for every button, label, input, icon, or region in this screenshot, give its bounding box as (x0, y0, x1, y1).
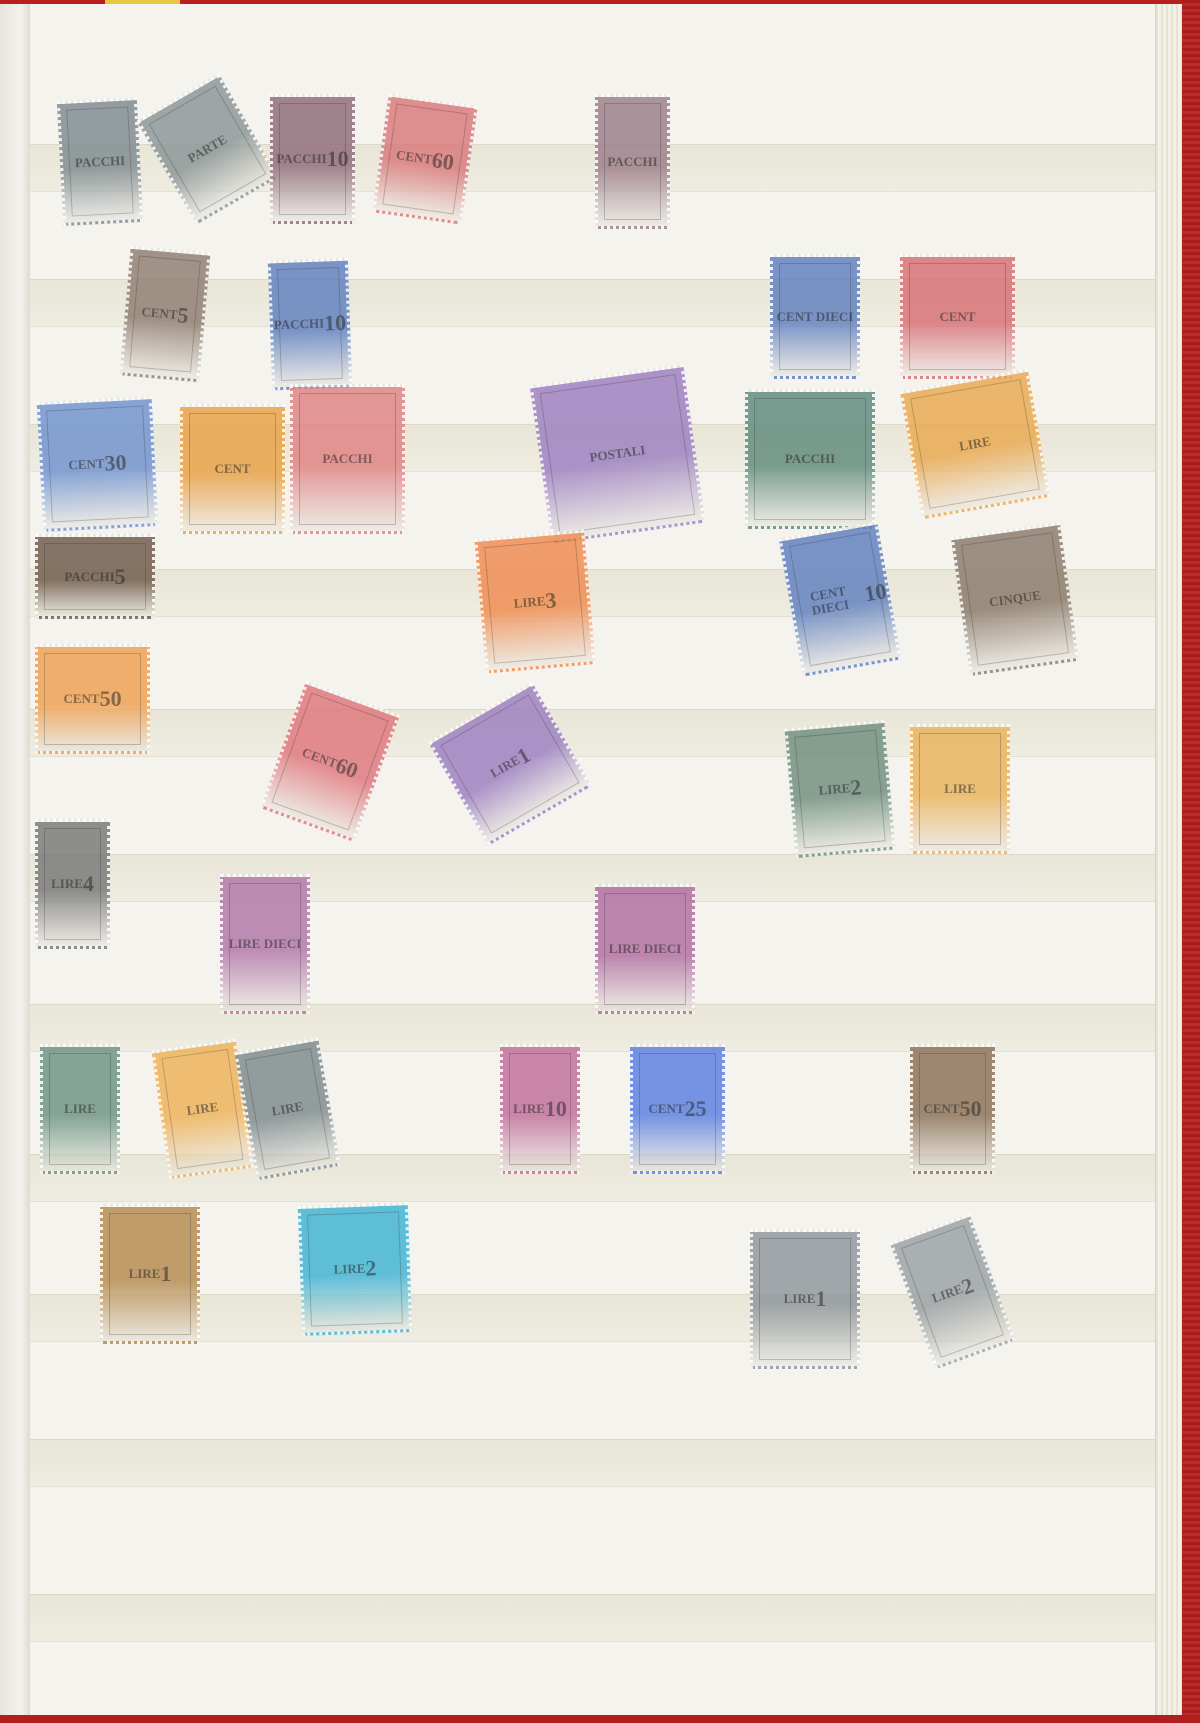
stock-strip (30, 1439, 1156, 1487)
stamp-inscription: PACCHI (607, 155, 657, 169)
page-spine (0, 4, 30, 1716)
stamp-inscription: LIRE (129, 1267, 161, 1281)
stock-sheet: PACCHIPARTEPACCHI10CENT60PACCHICENT5PACC… (30, 4, 1156, 1716)
stamp: CENT DIECI10 (779, 521, 902, 676)
stamp: LIRE1 (750, 1229, 860, 1369)
stamp-inscription: PACCHI (75, 153, 126, 169)
stamp-inscription: LIRE (930, 1282, 965, 1306)
stamp: PACCHI10 (268, 258, 352, 391)
stamp-inscription: LIRE (944, 782, 976, 796)
stamp-inscription: LIRE (784, 1292, 816, 1306)
stamp-inscription: CENT DIECI (777, 310, 854, 324)
stamp: LIRE3 (474, 529, 595, 673)
stamp-inscription: POSTALI (589, 443, 646, 464)
stock-strip (30, 854, 1156, 902)
stamp-inscription: PACCHI (785, 452, 835, 466)
stamp-value: 50 (100, 687, 122, 710)
stamp-inscription: LIRE DIECI (609, 942, 682, 956)
stamp: LIRE2 (785, 720, 896, 858)
stamp: LIRE (910, 724, 1010, 854)
stamp-inscription: LIRE (488, 753, 522, 781)
stamp-inscription: PACCHI (274, 317, 325, 332)
stamp-inscription: CENT (939, 310, 975, 324)
stamp-inscription: CENT (648, 1102, 684, 1116)
stamp-value: 5 (177, 304, 190, 328)
stamp: LIRE (40, 1044, 120, 1174)
stamp: CENT (900, 254, 1015, 379)
stamp: CENT50 (910, 1044, 995, 1174)
stamp-inscription: LIRE (64, 1102, 96, 1116)
stamp: CENT5 (119, 246, 210, 382)
stamp-inscription: LIRE (186, 1100, 219, 1118)
stamp-inscription: LIRE (333, 1262, 365, 1277)
stamp: CENT25 (630, 1044, 725, 1174)
stamp-inscription: PACCHI (276, 152, 326, 166)
stamp-value: 5 (115, 565, 126, 588)
stamp-value: 50 (960, 1097, 982, 1120)
stamp: POSTALI (530, 364, 706, 544)
stamp: LIRE1 (428, 682, 592, 846)
stamp: PACCHI (595, 94, 670, 229)
stamp-value: 2 (849, 776, 862, 800)
stamp: CENT60 (260, 681, 400, 842)
stamp-value: 2 (365, 1257, 377, 1280)
stamp-inscription: LIRE (958, 435, 992, 454)
stamp-value: 3 (544, 588, 557, 612)
stamp-value: 2 (958, 1273, 976, 1298)
stamp-value: 1 (815, 1287, 826, 1310)
stamp-inscription: CENT DIECI (791, 581, 867, 620)
stamp-inscription: LIRE (271, 1100, 305, 1119)
stamp: CENT DIECI (770, 254, 860, 379)
stamp-value: 10 (863, 579, 889, 606)
stamp-inscription: CENT (395, 148, 433, 167)
stamp-value: 10 (327, 147, 349, 170)
stamp: PACCHI5 (35, 534, 155, 619)
stamp-inscription: LIRE (51, 877, 83, 891)
stamp: CINQUE (951, 522, 1079, 676)
stamp-value: 1 (513, 743, 534, 768)
stamp-inscription: LIRE (513, 594, 546, 610)
stamp-value: 60 (430, 149, 455, 175)
stamp-value: 1 (160, 1262, 171, 1285)
stamp-value: 4 (83, 872, 94, 895)
stamp: PACCHI (57, 97, 143, 226)
stamp-inscription: PACCHI (64, 570, 114, 584)
stamp: LIRE2 (298, 1202, 412, 1336)
stamp-inscription: CENT (923, 1102, 959, 1116)
stamp: LIRE10 (500, 1044, 580, 1174)
stamp-inscription: CENT (141, 305, 178, 322)
stamp-inscription: CENT (214, 462, 250, 476)
stamp-inscription: LIRE (513, 1102, 545, 1116)
stamp: PACCHI (290, 384, 405, 534)
stamp: LIRE4 (35, 819, 110, 949)
stamp-inscription: LIRE (818, 781, 851, 797)
stamp: LIRE DIECI (595, 884, 695, 1014)
stamp-inscription: CENT (68, 457, 105, 473)
stamp-value: 25 (685, 1097, 707, 1120)
stamp-value: 60 (333, 753, 362, 782)
stamp-inscription: LIRE DIECI (229, 937, 302, 951)
stamp: PACCHI10 (270, 94, 355, 224)
stamp: CENT30 (37, 396, 159, 532)
stock-strip (30, 1594, 1156, 1642)
stamp: LIRE DIECI (220, 874, 310, 1014)
stamp: LIRE1 (100, 1204, 200, 1344)
stamp-inscription: CENT (63, 692, 99, 706)
stamp-value: 10 (545, 1097, 567, 1120)
stock-book-page: PACCHIPARTEPACCHI10CENT60PACCHICENT5PACC… (0, 4, 1186, 1716)
stamp-inscription: CENT (300, 745, 339, 770)
stamp-inscription: CINQUE (988, 589, 1041, 610)
stamp: CENT50 (35, 644, 150, 754)
stamp: PARTE (136, 73, 278, 224)
stamp-inscription: PARTE (186, 132, 230, 165)
stamp: LIRE (900, 369, 1051, 520)
stamp-inscription: PACCHI (322, 452, 372, 466)
stamp: CENT (180, 404, 285, 534)
stamp-value: 10 (324, 311, 347, 335)
stamp-value: 30 (104, 451, 127, 475)
stamp: PACCHI (745, 389, 875, 529)
stamp: CENT60 (372, 93, 478, 224)
album-cover-right (1182, 0, 1200, 1723)
album-cover-bottom (0, 1715, 1200, 1723)
stamp: LIRE2 (889, 1214, 1015, 1370)
